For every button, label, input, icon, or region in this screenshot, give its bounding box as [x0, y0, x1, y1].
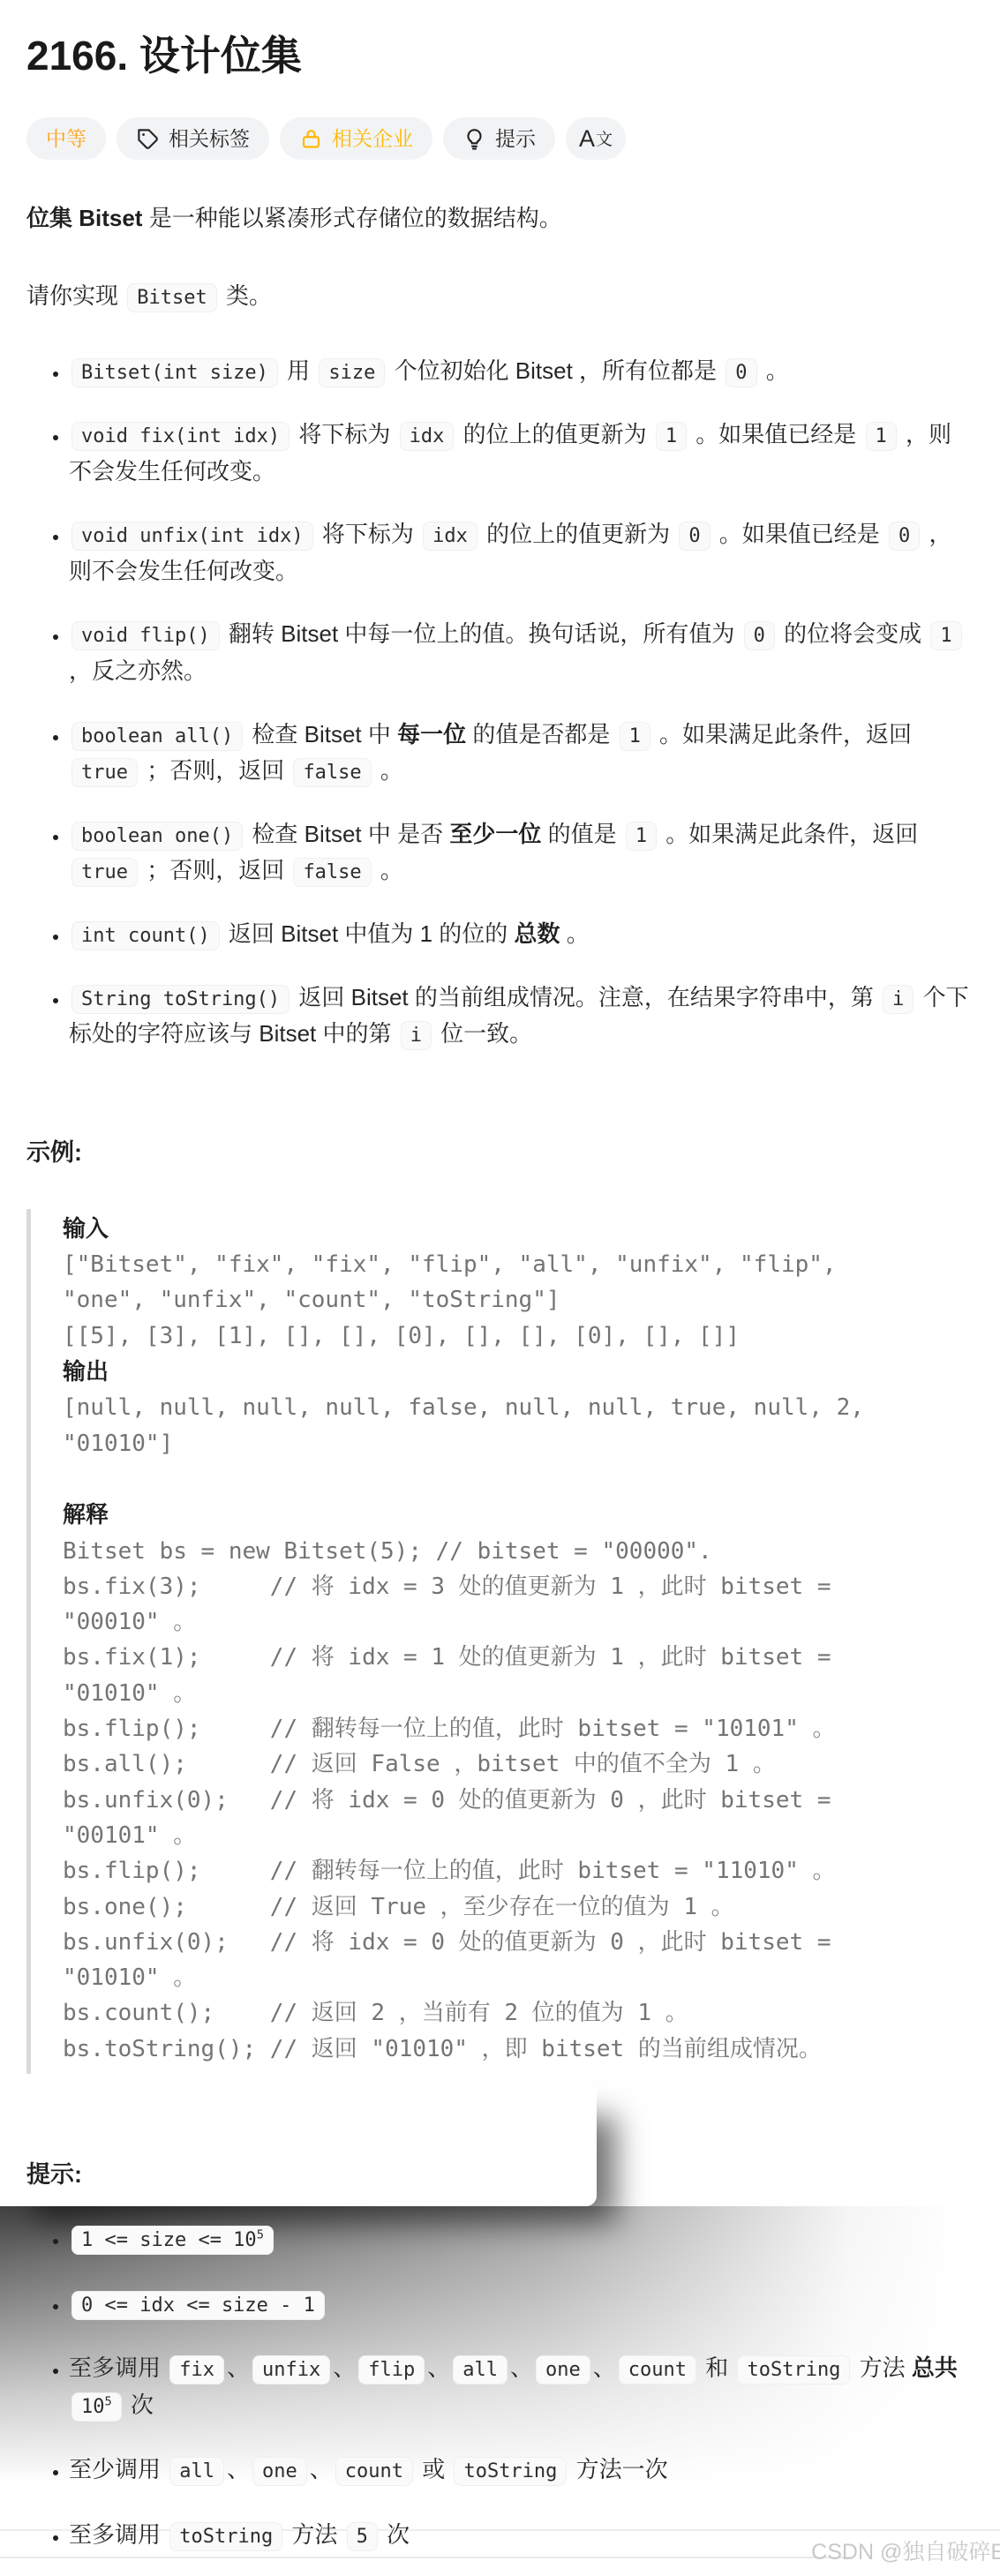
inline-code: 5 — [347, 2522, 378, 2551]
hints-card: 提示: — [0, 2086, 597, 2206]
list-item: int count() 返回 Bitset 中值为 1 的位的 总数 。 — [69, 916, 974, 953]
text-size-icon-cjk: 文 — [596, 127, 613, 154]
inline-code: boolean one() — [71, 822, 243, 851]
inline-code: false — [293, 758, 371, 787]
example-heading: 示例: — [26, 1134, 974, 1172]
bold-text: 总数 — [515, 920, 560, 947]
list-item: 0 <= idx <= size - 1 — [69, 2286, 974, 2323]
list-item: boolean one() 检查 Bitset 中 是否 至少一位 的值是 1 … — [69, 816, 974, 890]
inline-code: false — [293, 858, 371, 887]
list-item: void unfix(int idx) 将下标为 idx 的位上的值更新为 0 … — [69, 516, 974, 590]
inline-code: 1 <= size <= 105 — [71, 2226, 274, 2255]
inline-code: 1 — [866, 422, 897, 451]
hints-section: 提示: 1 <= size <= 105 0 <= idx <= size - … — [26, 2086, 974, 2554]
difficulty-badge[interactable]: 中等 — [26, 117, 106, 160]
inline-code: idx — [423, 522, 477, 551]
inline-code: 105 — [71, 2392, 122, 2422]
inline-code: 0 <= idx <= size - 1 — [71, 2291, 325, 2320]
csdn-watermark: CSDN @独自破碎E — [811, 2535, 1000, 2570]
method-list: Bitset(int size) 用 size 个位初始化 Bitset ，所有… — [26, 353, 974, 1052]
text-size-button[interactable]: A 文 — [566, 117, 626, 160]
inline-code: all — [453, 2355, 508, 2384]
inline-code: 0 — [726, 358, 756, 387]
inline-code: flip — [358, 2355, 425, 2384]
inline-code: true — [71, 758, 138, 787]
inline-code: count — [335, 2457, 413, 2486]
inline-code: void unfix(int idx) — [71, 522, 313, 551]
inline-code: 0 — [679, 522, 710, 551]
inline-code: idx — [400, 422, 455, 451]
example-code-block: 输入 ["Bitset", "fix", "fix", "flip", "all… — [26, 1209, 974, 2074]
inline-code: i — [883, 985, 914, 1014]
inline-code: 1 — [626, 822, 657, 851]
inline-code: one — [536, 2355, 590, 2384]
problem-page: 2166. 设计位集 中等 相关标签 相关企业 — [0, 32, 1000, 2554]
hint-label: 提示 — [495, 123, 536, 155]
page-title: 2166. 设计位集 — [26, 32, 974, 80]
list-item: boolean all() 检查 Bitset 中 每一位 的值是否都是 1 。… — [69, 717, 974, 790]
inline-code: true — [71, 858, 138, 887]
list-item: 1 <= size <= 105 — [69, 2220, 974, 2257]
bold-text: 每一位 — [397, 721, 466, 747]
inline-code: fix — [169, 2355, 224, 2384]
implement-paragraph: 请你实现 Bitset 类。 — [26, 278, 974, 315]
bold-text: 位集 Bitset — [26, 205, 142, 231]
bold-text: 总共 — [912, 2354, 958, 2381]
bold-text: 输入 — [63, 1215, 109, 1242]
inline-code: void fix(int idx) — [71, 422, 289, 451]
difficulty-label: 中等 — [46, 123, 86, 155]
inline-code: one — [252, 2457, 307, 2486]
related-tags-button[interactable]: 相关标签 — [117, 117, 269, 160]
inline-code: 0 — [889, 522, 920, 551]
bold-text: 解释 — [63, 1501, 109, 1528]
inline-code: Bitset(int size) — [71, 358, 278, 387]
lightbulb-icon — [462, 127, 486, 151]
list-item: void flip() 翻转 Bitset 中每一位上的值。换句话说，所有值为 … — [69, 616, 974, 689]
inline-code: 1 — [930, 621, 961, 650]
footer-divider-secondary — [0, 2557, 852, 2558]
text-size-icon: A — [579, 120, 595, 158]
inline-code: toString — [169, 2522, 282, 2551]
list-item: void fix(int idx) 将下标为 idx 的位上的值更新为 1 。如… — [69, 417, 974, 490]
related-companies-label: 相关企业 — [332, 123, 413, 155]
inline-code: size — [319, 358, 385, 387]
inline-code: boolean all() — [71, 722, 243, 751]
inline-code: 1 — [620, 722, 650, 751]
tag-icon — [136, 127, 160, 151]
inline-code: toString — [454, 2457, 567, 2486]
inline-code: String toString() — [71, 985, 289, 1014]
inline-code: Bitset — [127, 283, 216, 312]
constraints-list: 1 <= size <= 105 0 <= idx <= size - 1 至多… — [26, 2220, 974, 2554]
inline-code: all — [169, 2457, 224, 2486]
inline-code: count — [619, 2355, 696, 2384]
bold-text: 至少一位 — [449, 821, 541, 847]
inline-code: unfix — [252, 2355, 330, 2384]
hint-button[interactable]: 提示 — [443, 117, 555, 160]
list-item: 至多调用 fix、unfix、flip、all、one、count 和 toSt… — [69, 2350, 974, 2423]
list-item: Bitset(int size) 用 size 个位初始化 Bitset ，所有… — [69, 353, 974, 390]
inline-code: toString — [737, 2355, 850, 2384]
bold-text: 输出 — [63, 1358, 109, 1385]
inline-code: 0 — [744, 621, 775, 650]
lock-icon — [299, 127, 323, 151]
inline-code: i — [401, 1021, 432, 1050]
inline-code: int count() — [71, 921, 220, 950]
intro-paragraph: 位集 Bitset 是一种能以紧凑形式存储位的数据结构。 — [26, 200, 974, 237]
related-companies-button[interactable]: 相关企业 — [280, 117, 432, 160]
inline-code: 1 — [656, 422, 687, 451]
inline-code: void flip() — [71, 621, 220, 650]
list-item: 至少调用 all、one、count 或 toString 方法一次 — [69, 2452, 974, 2489]
badge-row: 中等 相关标签 相关企业 — [26, 117, 974, 160]
hints-heading: 提示: — [26, 2156, 82, 2194]
list-item: String toString() 返回 Bitset 的当前组成情况。注意，在… — [69, 980, 974, 1053]
related-tags-label: 相关标签 — [169, 123, 250, 155]
